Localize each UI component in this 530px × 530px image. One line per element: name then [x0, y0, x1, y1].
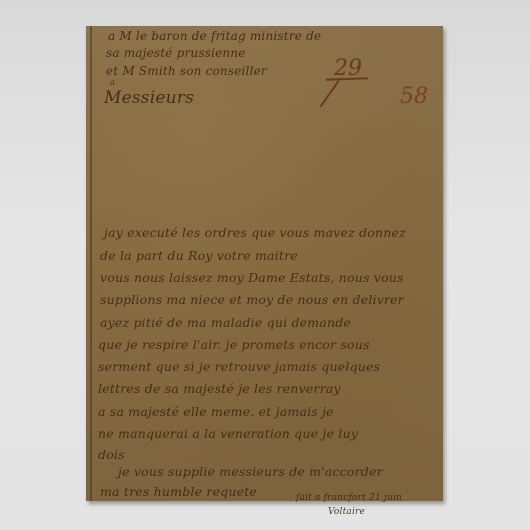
- folio-number: 58: [400, 84, 428, 109]
- signature: Voltaire: [328, 507, 365, 517]
- folio-strike-stroke: [320, 80, 340, 107]
- closing-place-date: fait a francfort 21 juin: [296, 493, 402, 503]
- paper-fold-line: [90, 26, 92, 501]
- body-line-12: je vous supplie messieurs de m'accorder: [118, 464, 383, 479]
- body-line-7: serment que si je retrouve jamais quelqu…: [98, 359, 380, 374]
- body-line-13: ma tres humble requete: [100, 484, 257, 499]
- body-line-4: supplions ma niece et moy de nous en del…: [100, 292, 404, 307]
- body-line-6: que je respire l'air. je promets encor s…: [98, 337, 370, 352]
- body-line-8: lettres de sa majesté je les renverray: [98, 381, 341, 396]
- salutation: Messieurs: [104, 88, 194, 108]
- body-line-10: ne manquerai a la veneration que je luy: [98, 426, 358, 441]
- body-line-2: de la part du Roy votre maitre: [100, 248, 298, 263]
- body-line-9: a sa majesté elle meme. et jamais je: [98, 404, 334, 419]
- body-line-11: dois: [98, 447, 125, 462]
- body-line-5: ayez pitié de ma maladie qui demande: [100, 315, 351, 330]
- manuscript-letter: a M le baron de fritag ministre de sa ma…: [86, 26, 443, 501]
- header-line-3: et M Smith son conseiller: [106, 64, 267, 78]
- header-line-1: a M le baron de fritag ministre de: [108, 29, 321, 43]
- body-line-1: jay executé les ordres que vous mavez do…: [104, 225, 406, 240]
- header-line-2: sa majesté prussienne: [106, 46, 246, 60]
- body-line-3: vous nous laissez moy Dame Estats, nous …: [100, 270, 404, 285]
- header-small-mark: a: [110, 78, 115, 87]
